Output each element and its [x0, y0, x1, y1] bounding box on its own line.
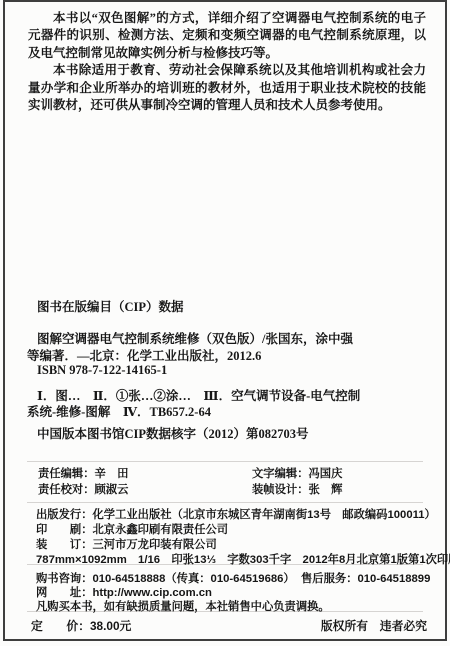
cip-author-line: 等编著．—北京：化学工业出版社，2012.6: [27, 346, 261, 364]
cip-classification-line2: 系统-维修-图解 Ⅳ．TB657.2-64: [27, 402, 211, 420]
binder-line: 装 订：三河市万龙印装有限公司: [36, 536, 217, 552]
intro-paragraph-1: 本书以“双色图解”的方式，详细介绍了空调器电气控制系统的电子元器件的识别、检测方…: [28, 10, 426, 62]
intro-abstract: 本书以“双色图解”的方式，详细介绍了空调器电气控制系统的电子元器件的识别、检测方…: [28, 10, 426, 114]
duty-editor: 责任编辑：辛 田: [38, 465, 128, 481]
proofreader: 责任校对：顾淑云: [38, 481, 128, 497]
cip-heading: 图书在版编目（CIP）数据: [37, 297, 184, 315]
after-sale-phone: 售后服务：010-64518899: [301, 570, 430, 586]
printer-line: 印 刷：北京永鑫印刷有限责任公司: [36, 521, 228, 537]
price: 定 价：38.00元: [31, 617, 131, 634]
cip-title-line: 图解空调器电气控制系统维修（双色版）/张国东，涂中强: [37, 329, 353, 347]
divider-rule-staff: [27, 502, 423, 503]
copyright-notice: 版权所有 违者必究: [321, 617, 427, 634]
publisher-line: 出版发行：化学工业出版社（北京市东城区青年湖南街13号 邮政编码100011）: [36, 506, 436, 522]
divider-rule-top: [27, 461, 423, 462]
cip-isbn: ISBN 978-7-122-14165-1: [37, 363, 167, 378]
intro-paragraph-2: 本书除适用于教育、劳动社会保障系统以及其他培训机构或社会力量办学和企业所举办的培…: [28, 62, 426, 114]
text-editor: 文字编辑：冯国庆: [252, 465, 342, 481]
print-specs-line: 787mm×1092mm 1/16 印张13⅓ 字数303千字 2012年8月北…: [36, 551, 450, 567]
book-copyright-page: 本书以“双色图解”的方式，详细介绍了空调器电气控制系统的电子元器件的识别、检测方…: [0, 0, 450, 646]
cip-record-number: 中国版本图书馆CIP数据核字（2012）第082703号: [37, 424, 309, 442]
exchange-notice: 凡购买本书，如有缺损质量问题，本社销售中心负责调换。: [36, 598, 330, 614]
designer: 装帧设计：张 辉: [252, 481, 342, 497]
